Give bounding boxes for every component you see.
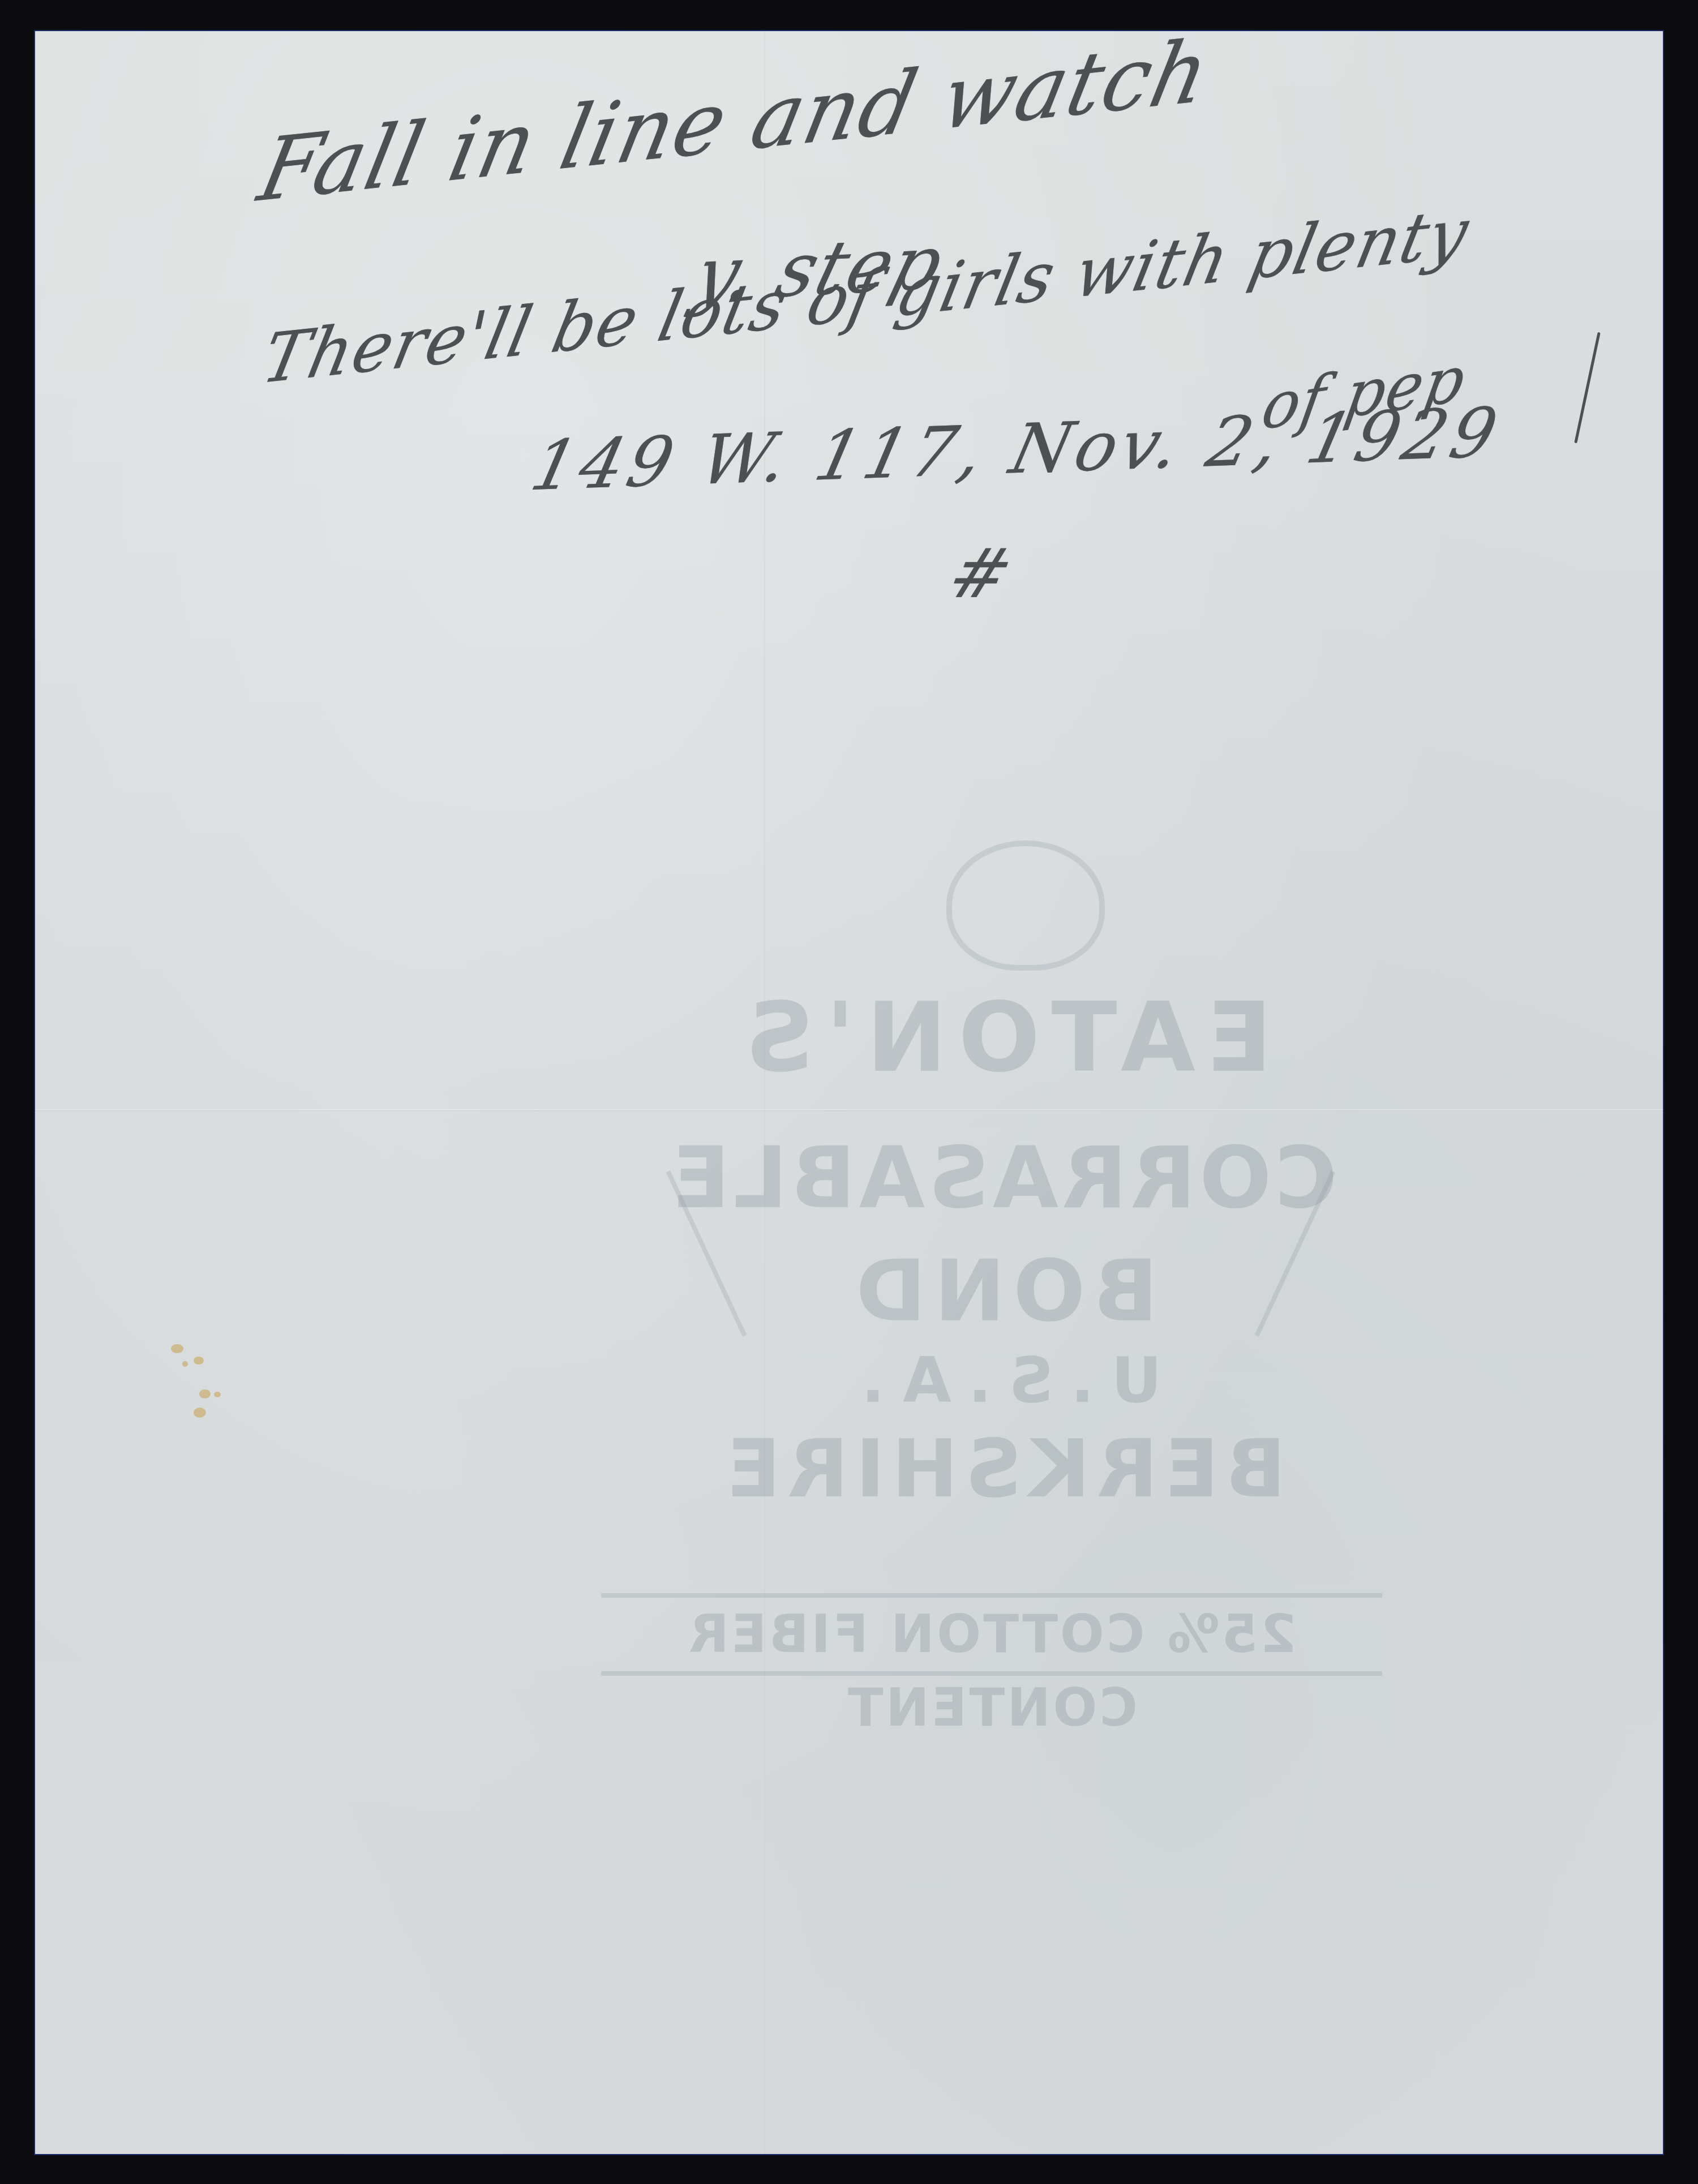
end-mark: #: [938, 535, 1024, 613]
watermark-crest-icon: [946, 840, 1105, 971]
handwritten-line-1: Fall in line and watch: [251, 31, 1219, 221]
watermark-line-usa: U.S.A.: [601, 1344, 1405, 1417]
handwritten-address-date: 149 W. 117, Nov. 2, 1929: [524, 393, 1509, 507]
watermark-line-corrasable: CORRASABLE: [601, 1129, 1405, 1228]
paper-watermark: EATON'S CORRASABLE BOND U.S.A. BERKSHIRE…: [601, 835, 1405, 1684]
watermark-brand: EATON'S: [601, 982, 1405, 1094]
foxing-stain: [165, 1344, 233, 1435]
paper-sheet: EATON'S CORRASABLE BOND U.S.A. BERKSHIRE…: [35, 31, 1663, 2154]
watermark-line-berkshire: BERKSHIRE: [601, 1423, 1405, 1516]
watermark-banner: 25% COTTON FIBER CONTENT: [601, 1593, 1382, 1676]
pencil-stroke-bracket: [1574, 332, 1600, 444]
